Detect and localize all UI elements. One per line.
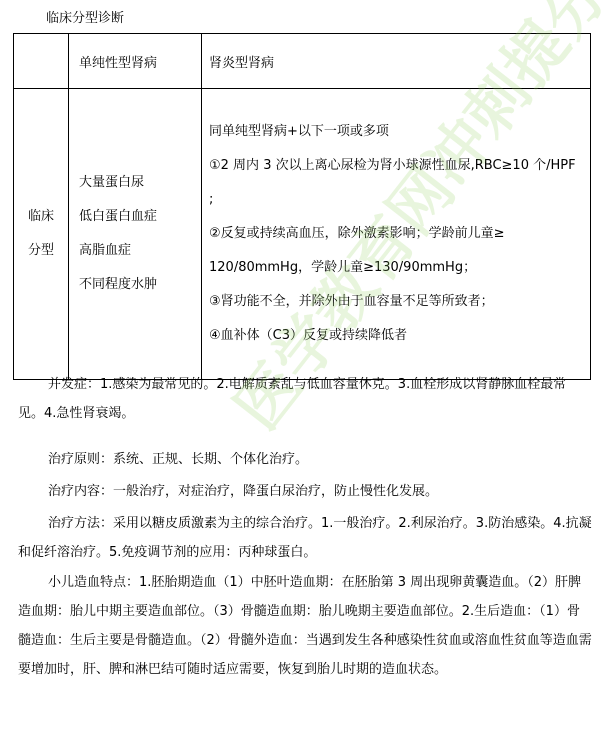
row-label-line: 临床 — [14, 200, 68, 234]
list-item: 低白蛋白血症 — [79, 200, 201, 234]
list-item: 120/80mmHg，学龄儿童≥130/90mmHg； — [209, 251, 590, 285]
paragraph-treatment-content: 治疗内容：一般治疗，对症治疗，降蛋白尿治疗，防止慢性化发展。 — [18, 477, 592, 506]
simple-type-cell: 大量蛋白尿 低白蛋白血症 高脂血症 不同程度水肿 — [69, 89, 202, 380]
list-item: ; — [209, 183, 590, 217]
table-row: 临床 分型 大量蛋白尿 低白蛋白血症 高脂血症 不同程度水肿 同单纯型肾病+以下… — [14, 89, 591, 380]
table-header-row: 单纯性型肾病 肾炎型肾病 — [14, 34, 591, 89]
nephritic-intro: 同单纯型肾病+以下一项或多项 — [209, 115, 590, 149]
paragraph-treatment-method: 治疗方法：采用以糖皮质激素为主的综合治疗。1.一般治疗。2.利尿治疗。3.防治感… — [18, 509, 592, 567]
list-item: ②反复或持续高血压，除外激素影响；学龄前儿童≥ — [209, 217, 590, 251]
nephritic-type-cell: 同单纯型肾病+以下一项或多项 ①2 周内 3 次以上离心尿检为肾小球源性血尿,R… — [202, 89, 591, 380]
row-label-line: 分型 — [14, 234, 68, 268]
row-label-cell: 临床 分型 — [14, 89, 69, 380]
list-item: ③肾功能不全，并除外由于血容量不足等所致者； — [209, 285, 590, 319]
section-title: 临床分型诊断 — [46, 7, 124, 26]
header-cell-empty — [14, 34, 69, 89]
paragraph-hematopoiesis: 小儿造血特点：1.胚胎期造血（1）中胚叶造血期：在胚胎第 3 周出现卵黄囊造血。… — [18, 568, 592, 684]
header-cell-simple: 单纯性型肾病 — [69, 34, 202, 89]
list-item: ④血补体（C3）反复或持续降低者 — [209, 319, 590, 353]
header-cell-nephritic: 肾炎型肾病 — [202, 34, 591, 89]
clinical-classification-table: 单纯性型肾病 肾炎型肾病 临床 分型 大量蛋白尿 低白蛋白血症 高脂血症 不同程… — [13, 33, 591, 380]
paragraph-treatment-principle: 治疗原则：系统、正规、长期、个体化治疗。 — [18, 445, 592, 474]
list-item: 不同程度水肿 — [79, 268, 201, 302]
list-item: 大量蛋白尿 — [79, 166, 201, 200]
paragraph-complications: 并发症：1.感染为最常见的。2.电解质紊乱与低血容量休克。3.血栓形成以肾静脉血… — [18, 370, 592, 428]
list-item: ①2 周内 3 次以上离心尿检为肾小球源性血尿,RBC≥10 个/HPF — [209, 149, 590, 183]
list-item: 高脂血症 — [79, 234, 201, 268]
